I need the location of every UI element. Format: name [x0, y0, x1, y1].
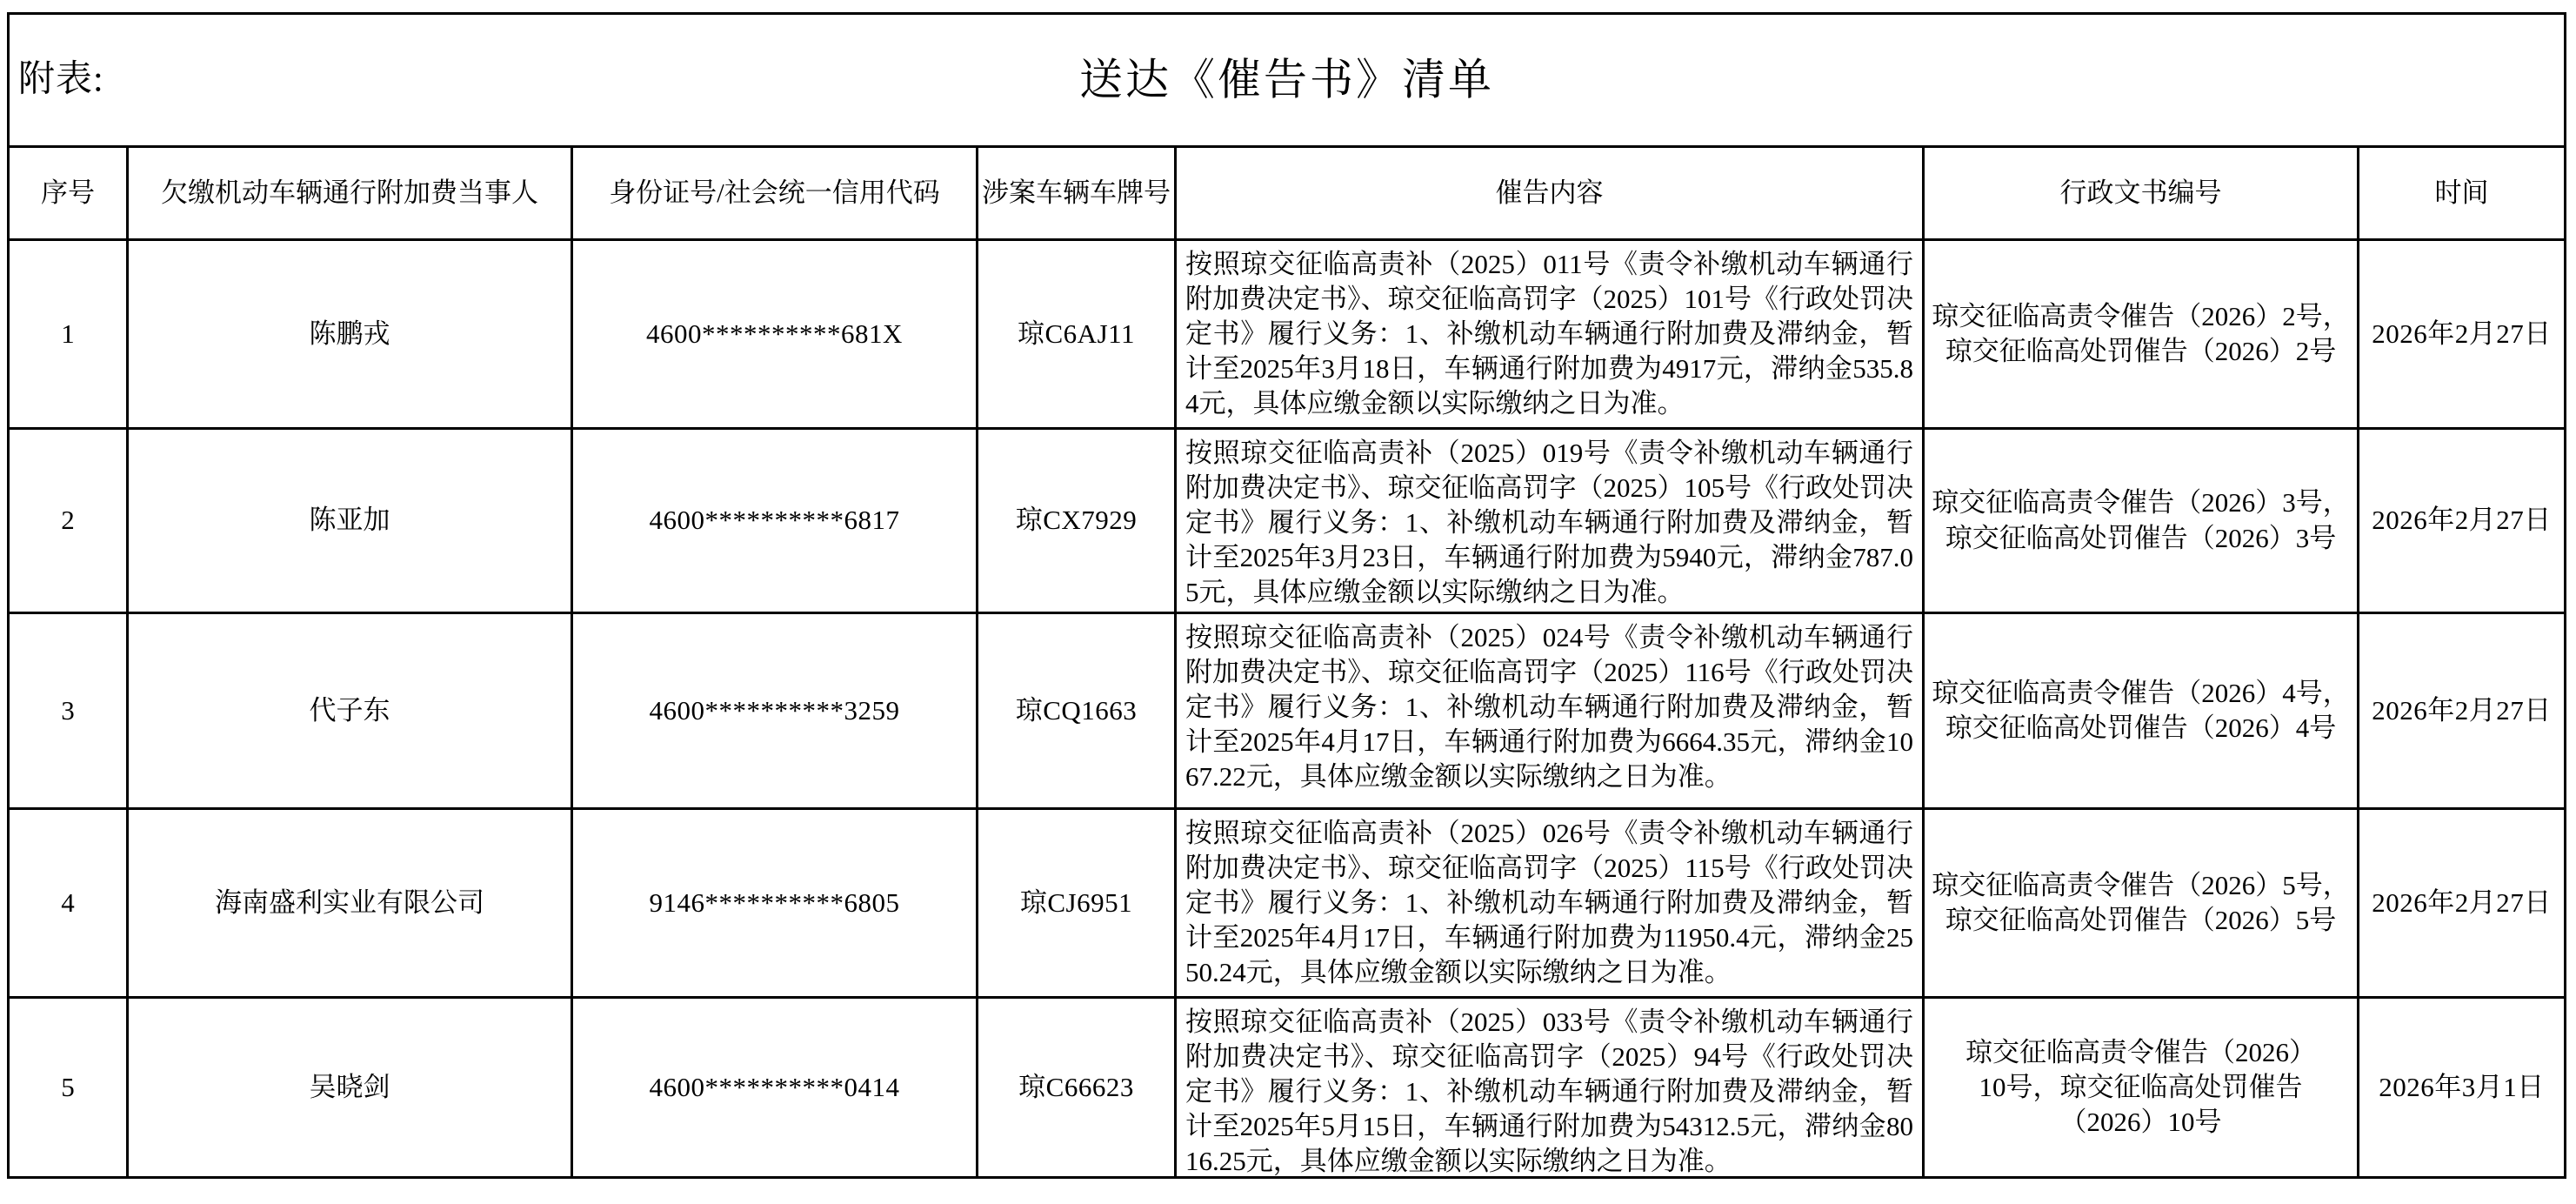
content-text: 按照琼交征临高责补（2025）033号《责令补缴机动车辆通行附加费决定书》、琼交…: [1177, 999, 1922, 1176]
table-row: 1 陈鹏戎 4600**********681X 琼C6AJ11 按照琼交征临高…: [9, 240, 2566, 429]
content-text: 按照琼交征临高责补（2025）019号《责令补缴机动车辆通行附加费决定书》、琼交…: [1177, 430, 1922, 610]
plate-cell: 琼CQ1663: [978, 613, 1176, 809]
content-clip: 按照琼交征临高责补（2025）019号《责令补缴机动车辆通行附加费决定书》、琼交…: [1177, 430, 1922, 612]
table-row: 3 代子东 4600**********3259 琼CQ1663 按照琼交征临高…: [9, 613, 2566, 809]
header-date: 时间: [2359, 147, 2566, 240]
id-cell: 4600**********3259: [572, 613, 978, 809]
content-cell: 按照琼交征临高责补（2025）019号《责令补缴机动车辆通行附加费决定书》、琼交…: [1176, 429, 1924, 613]
id-cell: 4600**********6817: [572, 429, 978, 613]
plate-cell: 琼C6AJ11: [978, 240, 1176, 429]
row-number-cell: 5: [9, 998, 128, 1178]
content-clip: 按照琼交征临高责补（2025）033号《责令补缴机动车辆通行附加费决定书》、琼交…: [1177, 999, 1922, 1176]
date-cell: 2026年2月27日: [2359, 240, 2566, 429]
content-clip: 按照琼交征临高责补（2025）011号《责令补缴机动车辆通行附加费决定书》、琼交…: [1177, 241, 1922, 427]
party-cell: 代子东: [128, 613, 572, 809]
content-text: 按照琼交征临高责补（2025）011号《责令补缴机动车辆通行附加费决定书》、琼交…: [1177, 241, 1922, 421]
doc-no-cell: 琼交征临高责令催告（2026） 10号，琼交征临高处罚催告 （2026）10号: [1924, 998, 2359, 1178]
party-cell: 海南盛利实业有限公司: [128, 809, 572, 998]
header-plate-number: 涉案车辆车牌号: [978, 147, 1176, 240]
date-cell: 2026年3月1日: [2359, 998, 2566, 1178]
title-row: 附表: 送达《催告书》清单: [9, 14, 2566, 147]
header-document-number: 行政文书编号: [1924, 147, 2359, 240]
table-row: 2 陈亚加 4600**********6817 琼CX7929 按照琼交征临高…: [9, 429, 2566, 613]
plate-cell: 琼CX7929: [978, 429, 1176, 613]
header-party: 欠缴机动车辆通行附加费当事人: [128, 147, 572, 240]
content-cell: 按照琼交征临高责补（2025）033号《责令补缴机动车辆通行附加费决定书》、琼交…: [1176, 998, 1924, 1178]
title-wrap: 附表: 送达《催告书》清单: [10, 15, 2564, 145]
id-cell: 9146**********6805: [572, 809, 978, 998]
header-demand-content: 催告内容: [1176, 147, 1924, 240]
doc-no-cell: 琼交征临高责令催告（2026）3号， 琼交征临高处罚催告（2026）3号: [1924, 429, 2359, 613]
title-cell: 附表: 送达《催告书》清单: [9, 14, 2566, 147]
party-cell: 陈亚加: [128, 429, 572, 613]
table-row: 4 海南盛利实业有限公司 9146**********6805 琼CJ6951 …: [9, 809, 2566, 998]
id-cell: 4600**********0414: [572, 998, 978, 1178]
party-cell: 吴晓剑: [128, 998, 572, 1178]
header-id-number: 身份证号/社会统一信用代码: [572, 147, 978, 240]
content-cell: 按照琼交征临高责补（2025）024号《责令补缴机动车辆通行附加费决定书》、琼交…: [1176, 613, 1924, 809]
demand-letter-table: 附表: 送达《催告书》清单 序号 欠缴机动车辆通行附加费当事人 身份证号/社会统…: [7, 12, 2566, 1179]
content-text: 按照琼交征临高责补（2025）026号《责令补缴机动车辆通行附加费决定书》、琼交…: [1177, 810, 1922, 990]
table-row: 5 吴晓剑 4600**********0414 琼C66623 按照琼交征临高…: [9, 998, 2566, 1178]
plate-cell: 琼CJ6951: [978, 809, 1176, 998]
content-clip: 按照琼交征临高责补（2025）024号《责令补缴机动车辆通行附加费决定书》、琼交…: [1177, 614, 1922, 807]
content-cell: 按照琼交征临高责补（2025）026号《责令补缴机动车辆通行附加费决定书》、琼交…: [1176, 809, 1924, 998]
date-cell: 2026年2月27日: [2359, 809, 2566, 998]
row-number-cell: 3: [9, 613, 128, 809]
doc-no-cell: 琼交征临高责令催告（2026）4号， 琼交征临高处罚催告（2026）4号: [1924, 613, 2359, 809]
date-cell: 2026年2月27日: [2359, 429, 2566, 613]
id-cell: 4600**********681X: [572, 240, 978, 429]
table-header-row: 序号 欠缴机动车辆通行附加费当事人 身份证号/社会统一信用代码 涉案车辆车牌号 …: [9, 147, 2566, 240]
row-number-cell: 4: [9, 809, 128, 998]
doc-no-cell: 琼交征临高责令催告（2026）2号， 琼交征临高处罚催告（2026）2号: [1924, 240, 2359, 429]
content-clip: 按照琼交征临高责补（2025）026号《责令补缴机动车辆通行附加费决定书》、琼交…: [1177, 810, 1922, 996]
doc-no-cell: 琼交征临高责令催告（2026）5号， 琼交征临高处罚催告（2026）5号: [1924, 809, 2359, 998]
content-text: 按照琼交征临高责补（2025）024号《责令补缴机动车辆通行附加费决定书》、琼交…: [1177, 614, 1922, 794]
party-cell: 陈鹏戎: [128, 240, 572, 429]
plate-cell: 琼C66623: [978, 998, 1176, 1178]
document-page: 附表: 送达《催告书》清单 序号 欠缴机动车辆通行附加费当事人 身份证号/社会统…: [0, 0, 2576, 1204]
header-serial-number: 序号: [9, 147, 128, 240]
date-cell: 2026年2月27日: [2359, 613, 2566, 809]
row-number-cell: 2: [9, 429, 128, 613]
row-number-cell: 1: [9, 240, 128, 429]
page-title: 送达《催告书》清单: [10, 52, 2564, 109]
content-cell: 按照琼交征临高责补（2025）011号《责令补缴机动车辆通行附加费决定书》、琼交…: [1176, 240, 1924, 429]
